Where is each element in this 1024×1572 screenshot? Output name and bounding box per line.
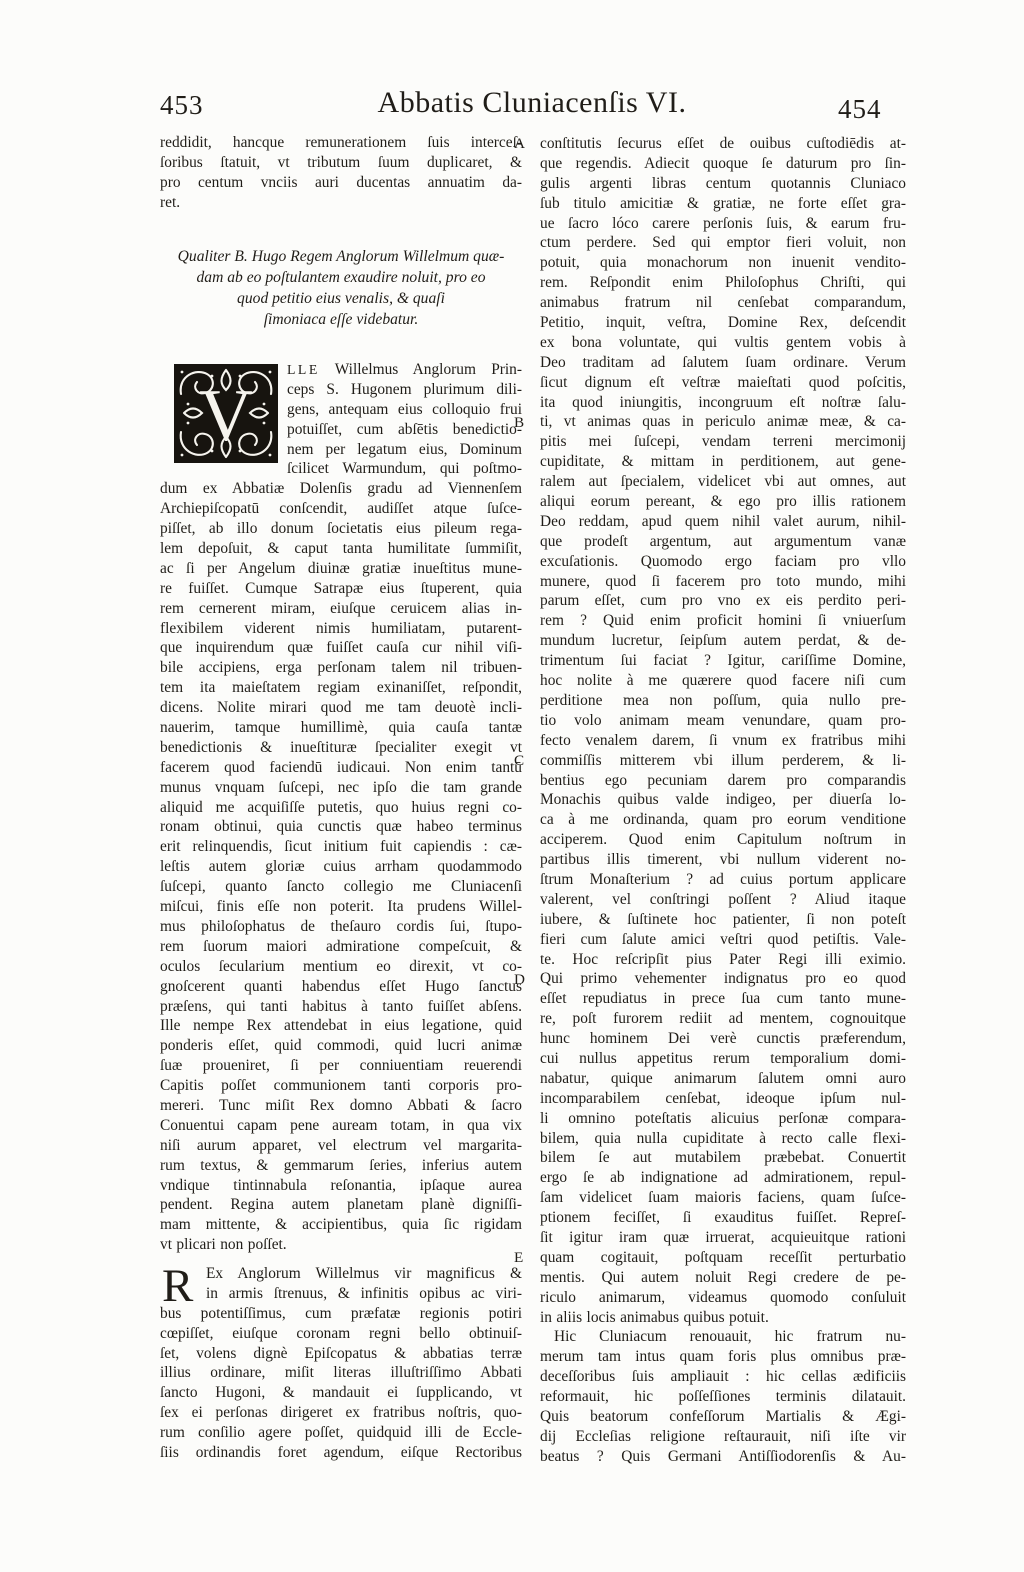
text-line: perditione mea non poſſum, quia nullo pr… [540,691,906,711]
text-line: li omnino poteſtatis alicuius perſonæ co… [540,1109,906,1129]
text-line: ſuſcepi, quanto ſancto collegio me Cluni… [160,877,522,897]
text-line: rem ſuorum maiori admiratione compeſcuit… [160,937,522,957]
chapter-heading: Qualiter B. Hugo Regem Anglorum Willelmu… [160,246,522,330]
text-line: ſex ei perſonas dirigeret ex fratribus n… [160,1403,522,1423]
text-line: parum eſſet, cum pro vno ex eis perdito … [540,591,906,611]
text-line: Ex Anglorum Willelmus vir magnificus & [206,1264,522,1284]
text-line: ptionem feciſſet, ſi exauditus fuiſſet. … [540,1208,906,1228]
initial-letter-r: R [162,1264,193,1308]
margin-section-letter-e: E [514,1248,536,1268]
text-line: re, poſt furorem rediit ad mentem, cogno… [540,1009,906,1029]
text-line: munere, quod ſi facerem pro toto mundo, … [540,572,906,592]
text-line: hunc hominem Dei verè cunctis præferendu… [540,1029,906,1049]
right-column-lines: conſtitutis ſecurus eſſet de ouibus cuſt… [540,134,906,1467]
text-line: piſſet, ab illo donum ſocietatis eius pi… [160,519,522,539]
text-line: partibus illis timerent, vbi nullum vide… [540,850,906,870]
text-line: præſens, qui tanti habitus à tanto fuiſſ… [160,997,522,1017]
text-line: nauerim, tamque humillimè, quia cauſa ta… [160,718,522,738]
text-line: deceſſoribus ſuis ampliauit : hic cellas… [540,1367,906,1387]
text-line: ceps S. Hugonem plurimum dili- [287,380,522,400]
text-line: te. Hoc reſcripſit pius Pater Regi illi … [540,950,906,970]
text-line: rum textus, & gemmarum ſeries, inferius … [160,1156,522,1176]
rex-indented-lines: Ex Anglorum Willelmus vir magnificus &in… [206,1264,522,1304]
rex-paragraph: R Ex Anglorum Willelmus vir magnificus &… [160,1264,522,1463]
text-line: miſcui, finis eſſe non poterit. Ita prud… [160,897,522,917]
text-line: pendent. Regina autem planetam planè dig… [160,1195,522,1215]
text-line: fieri cum ſalute amici veſtri quod petiſ… [540,930,906,950]
text-line: que inquirendum quæ fuiſſet cauſa cur ni… [160,638,522,658]
drop-cap-indented-lines: LLE Willelmus Anglorum Prin-ceps S. Hugo… [287,360,522,479]
text-line: hoc nolite à me quærere quod facere niſi… [540,671,906,691]
text-line: Ille nempe Rex attendebat in eius legati… [160,1016,522,1036]
page-number-right: 454 [838,94,882,125]
text-line: ue ſacro lóco carere perſonis ſuis, & ea… [540,214,906,234]
text-line: pro centum vnciis auri ducentas annuatim… [160,173,522,193]
right-column: conſtitutis ſecurus eſſet de ouibus cuſt… [540,134,906,1467]
text-line: re fuiſſet. Cumque Satrapæ eius ſtuperen… [160,579,522,599]
text-line: Quis beatorum confeſſorum Martialis & Æg… [540,1407,906,1427]
text-line: rem. Reſpondit enim Philoſophus Chriſti,… [540,273,906,293]
text-line: bilem, quia nulla cupiditate à recto cal… [540,1129,906,1149]
text-line: mentis. Qui autem noluit Regi credere de… [540,1268,906,1288]
text-line: bus potentiſſimus, cum præfatæ regionis … [160,1304,522,1324]
text-line: pitis mei ſuſcepi, vendam terreni mercim… [540,432,906,452]
text-line: fecto venalem darem, ſi vnum ex fratribu… [540,731,906,751]
chapter-heading-line: dam ab eo poſtulantem exaudire noluit, p… [160,267,522,288]
text-line: tem ita maieſtatem regiam exinaniſſet, r… [160,678,522,698]
text-line: eſſet repudiatus in prece ſua cum tanto … [540,989,906,1009]
drop-cap-letter: V [199,375,252,457]
margin-section-letter-b: B [514,413,536,433]
text-line: ex bona voluntate, qui vultis gentem vob… [540,333,906,353]
text-line: bile accipiens, erga perſonam talem nil … [160,658,522,678]
text-line: cupiditate, & mittam in perditionem, aut… [540,452,906,472]
text-line: dicens. Nolite mirari quod me tam deuotè… [160,698,522,718]
text-line: dum ex Abbatiæ Dolenſis gradu ad Viennen… [160,479,522,499]
text-line: ſtrum Monaſterium ? ad cuius portum appl… [540,870,906,890]
text-line: ſicut dignum eſt veſtræ maieſtati quod p… [540,373,906,393]
margin-section-letter-d: D [514,970,536,990]
text-line: gnoſcerent quanti habendus eſſet Hugo ſa… [160,977,522,997]
lead-small-caps: LLE [287,362,320,377]
text-line: Hic Cluniacum renouauit, hic fratrum nu- [540,1327,906,1347]
text-line: merum tam intus quam foris plus omnibus … [540,1347,906,1367]
rex-full-lines: bus potentiſſimus, cum præfatæ regionis … [160,1304,522,1463]
text-line: nem per legatum eius, Dominum [287,440,522,460]
text-line: cui nullus appetitus rerum temporalium d… [540,1049,906,1069]
text-line: lem depoſuit, & caput tanta humilitate ſ… [160,539,522,559]
text-line: beatus ? Quis Germani Antiſſiodorenſis &… [540,1447,906,1467]
text-line: ret. [160,193,522,213]
chapter-heading-line: quod petitio eius venalis, & quaſi [160,288,522,309]
text-line: ca à me ordinanda, quam pro eorum vendit… [540,810,906,830]
text-line: mam mittente, & accipientibus, quia ſic … [160,1215,522,1235]
text-line: oculos ſecularium mentium eo direxit, vt… [160,957,522,977]
text-line: Deo traditam ad ſalutem ſuam ordinare. V… [540,353,906,373]
text-line: LLE Willelmus Anglorum Prin- [287,360,522,380]
text-line: Monachis quibus valde indigeo, per diuer… [540,790,906,810]
text-line: Qui primo vehementer indignatus pro eo q… [540,969,906,989]
text-line: ſuæ proueniret, ſi per conniuentiam reue… [160,1056,522,1076]
text-line: Conuentui capam pene auream totam, in qu… [160,1116,522,1136]
text-line: cœpiſſet, eiuſque coronam regni bello ob… [160,1324,522,1344]
text-line: Capitis poſſet communionem tanti corpori… [160,1076,522,1096]
text-line: in armis ſtrenuus, & infinitis opibus ac… [206,1284,522,1304]
text-line: benedictionis & inueſtituræ ſpecialiter … [160,738,522,758]
text-line: quam cogitauit, poſtquam receſſit pertur… [540,1248,906,1268]
text-line: ſam videlicet ſuam maioris faciens, quam… [540,1188,906,1208]
text-line: mundum lucretur, ſeipſum autem perdat, &… [540,631,906,651]
text-line: in aliis locis animabus quibus potuit. [540,1308,906,1328]
text-line: ſancto Hugoni, & mandauit ei ſupplicando… [160,1383,522,1403]
margin-section-letter-c: C [514,751,536,771]
text-line: flexibilem viderent nimis humiliatam, pu… [160,619,522,639]
text-line: mus philoſophatus de theſauro cordis ſui… [160,917,522,937]
text-line: dij Eccleſias religione reſtaurauit, niſ… [540,1427,906,1447]
text-line: leſtis autem gloriæ cuius arrham quodamm… [160,857,522,877]
text-line: mereri. Tunc miſit Rex domno Abbati & ſa… [160,1096,522,1116]
text-line: ſiis ordinandis foret agendum, eiſque Re… [160,1443,522,1463]
text-line: facerem quod faciendū iudicaui. Non enim… [160,758,522,778]
text-line: ergo ſe ab indignatione ad admirationem,… [540,1168,906,1188]
text-line: illius ordinare, miſit literas illuſtriſ… [160,1363,522,1383]
text-line: rum conſilio agere poſſet, quidquid illi… [160,1423,522,1443]
text-line: vndique tintinnabula reſonantia, ipſaque… [160,1176,522,1196]
text-line: iubere, & ſuſtinete hoc patienter, ſi no… [540,910,906,930]
text-line: tio volo animam meam venundare, quam pro… [540,711,906,731]
text-line: bilem ſe aut mutabilem præbebat. Conuert… [540,1148,906,1168]
text-line: potuit, quia monachorum non inuenit vend… [540,253,906,273]
chapter-heading-line: ſimoniaca eſſe videbatur. [160,309,522,330]
text-line: aliqui eorum pereant, & ego pro illis ra… [540,492,906,512]
text-line: rem ? Quid enim proficit homini ſi vniue… [540,611,906,631]
intro-paragraph: reddidit, hancque remunerationem ſuis in… [160,133,522,213]
margin-section-letter-a: A [514,134,536,154]
text-line: ronam obtinui, quia cunctis quæ habeo te… [160,817,522,837]
text-line: commiſſis mitterem vbi illum perderem, &… [540,751,906,771]
ornate-initial-v-woodcut: V [174,364,278,463]
text-line: Deo reddam, apud quem nihil valet aurum,… [540,512,906,532]
text-line: ſet, volens dignè Epiſcopatus & abbatias… [160,1344,522,1364]
text-line: vt plicari non poſſet. [160,1235,522,1255]
text-line: ſcilicet Warmundum, qui poſtmo- [287,459,522,479]
text-line: reformauit, hic poſſeſſiones terminis di… [540,1387,906,1407]
text-line: ſit igitur iram quæ irruerat, acquieuitq… [540,1228,906,1248]
chapter-heading-line: Qualiter B. Hugo Regem Anglorum Willelmu… [160,246,522,267]
text-line: ſoribus ſtatuit, vt tributum ſuum duplic… [160,153,522,173]
text-line: reddidit, hancque remunerationem ſuis in… [160,133,522,153]
text-line: gulis argenti libras centum quotannis Cl… [540,174,906,194]
text-line: ponderis eſſet, quid commodi, quid lucri… [160,1036,522,1056]
text-line: que regendis. Adiecit quoque ſe daturum … [540,154,906,174]
text-line: gens, antequam eius colloquio frui [287,400,522,420]
text-line: Archiepiſcopatū conſcendit, audiſſet atq… [160,499,522,519]
text-line: acciperem. Quod enim Capitulum noſtrum i… [540,830,906,850]
drop-cap-full-lines: dum ex Abbatiæ Dolenſis gradu ad Viennen… [160,479,522,1255]
text-line: Petitio, inquit, veſtra, Domine Rex, deſ… [540,313,906,333]
text-line: trimentum ſui faciat ? Igitur, cariſſime… [540,651,906,671]
text-line: munus vnquam ſuſcepi, nec ipſo die tam g… [160,778,522,798]
text-line: aliquid me acquiſiſſe putetis, quo huius… [160,798,522,818]
drop-cap-paragraph: V LLE Willelmus Anglorum Prin-ceps S. Hu… [160,360,522,1255]
text-line: erit relinquendis, ſicut initium fuit ca… [160,837,522,857]
text-line: ctum perdere. Sed qui emptor fieri volui… [540,233,906,253]
text-line: riculo animarum, videamus quomodo conſul… [540,1288,906,1308]
text-line: animabus fratrum nil cenſebat comparandu… [540,293,906,313]
text-line: ti, vt animas quas in periculo animæ meæ… [540,412,906,432]
text-line: rem cernerent miram, eiuſque ceruicem al… [160,599,522,619]
text-line: conſtitutis ſecurus eſſet de ouibus cuſt… [540,134,906,154]
text-line: bentius ego pecuniam darem pro comparand… [540,771,906,791]
text-line: excuſationis. Quomodo ergo faciam pro vl… [540,552,906,572]
scanned-book-page: { "page_header": { "left_page_number": "… [0,0,1024,1572]
text-line: nabatur, quique animarum ſalutem omni au… [540,1069,906,1089]
text-line: incomparabilem cenſebat, ideoque ipſum n… [540,1089,906,1109]
text-line: valerent, vel conſtringi poſſent ? Aliud… [540,890,906,910]
text-line: ſub titulo amicitiæ & gratiæ, ne forte e… [540,194,906,214]
text-line: ralem aut ſpecialem, videlicet vbi aut o… [540,472,906,492]
text-line: niſi aurum apparet, vel electrum vel mar… [160,1136,522,1156]
text-line: que prodeſt argentum, aut argumentum van… [540,532,906,552]
text-line: potuiſſet, cum abſētis benedictio- [287,420,522,440]
text-line: ac ſi per Angelum diuinæ gratiæ inueſtit… [160,559,522,579]
text-line: ita quod iniungitis, incongruum eſt noſt… [540,393,906,413]
